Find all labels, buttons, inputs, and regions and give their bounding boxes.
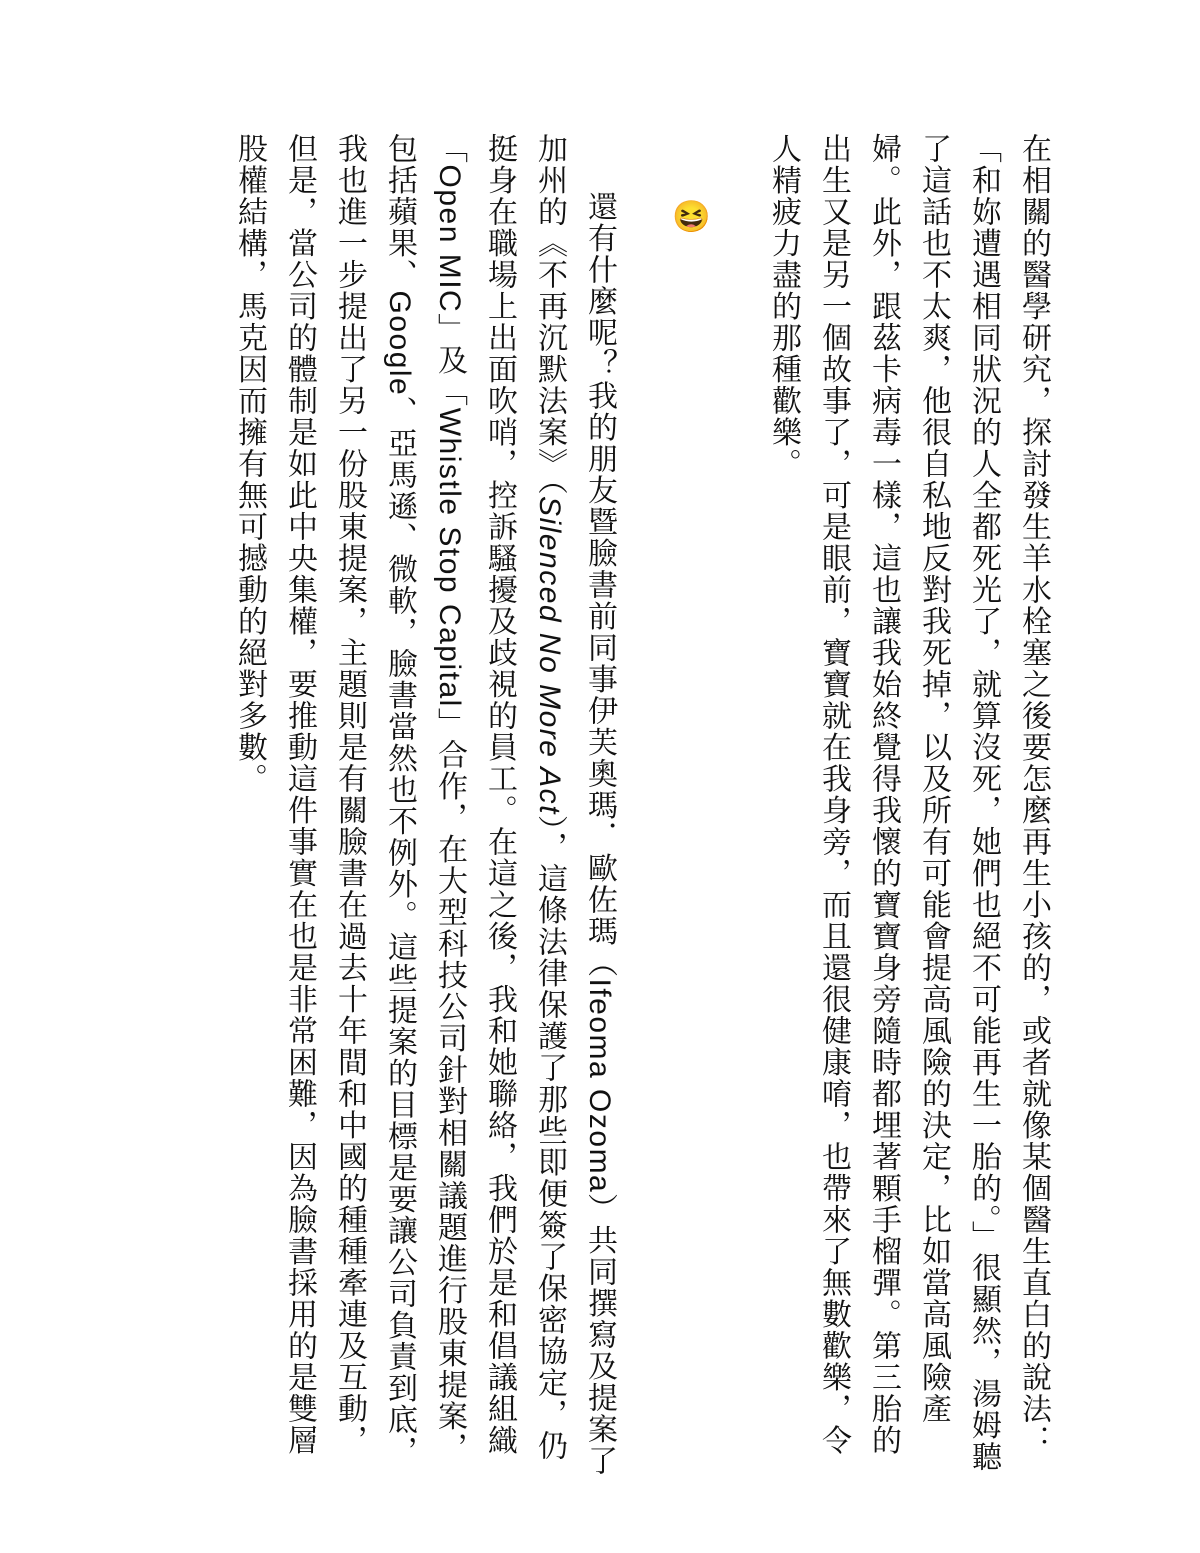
vertical-text-block: 在相關的醫學研究，探討發生羊水栓塞之後要怎麼再生小孩的，或者就像某個醫生直白的說…	[218, 133, 1058, 1485]
paragraph-shareholder-proposals: 還有什麼呢？我的朋友暨臉書前同事伊芙奧瑪．歐佐瑪（Ifeoma Ozoma）共同…	[224, 133, 624, 1485]
paragraph-2-text-end: ），這條法律保護了那些即便簽了保密協定，仍挺身在職場上出面吹哨，控訴騷擾及歧視的…	[233, 133, 566, 1467]
laughing-emoji-line: 😆	[666, 133, 716, 1485]
paragraph-medical-research: 在相關的醫學研究，探討發生羊水栓塞之後要怎麼再生小孩的，或者就像某個醫生直白的說…	[758, 133, 1058, 1485]
silenced-no-more-act-title: Silenced No More Act	[533, 496, 566, 815]
laughing-emoji: 😆	[674, 199, 709, 238]
book-page: 在相關的醫學研究，探討發生羊水栓塞之後要怎麼再生小孩的，或者就像某個醫生直白的說…	[0, 0, 1200, 1553]
